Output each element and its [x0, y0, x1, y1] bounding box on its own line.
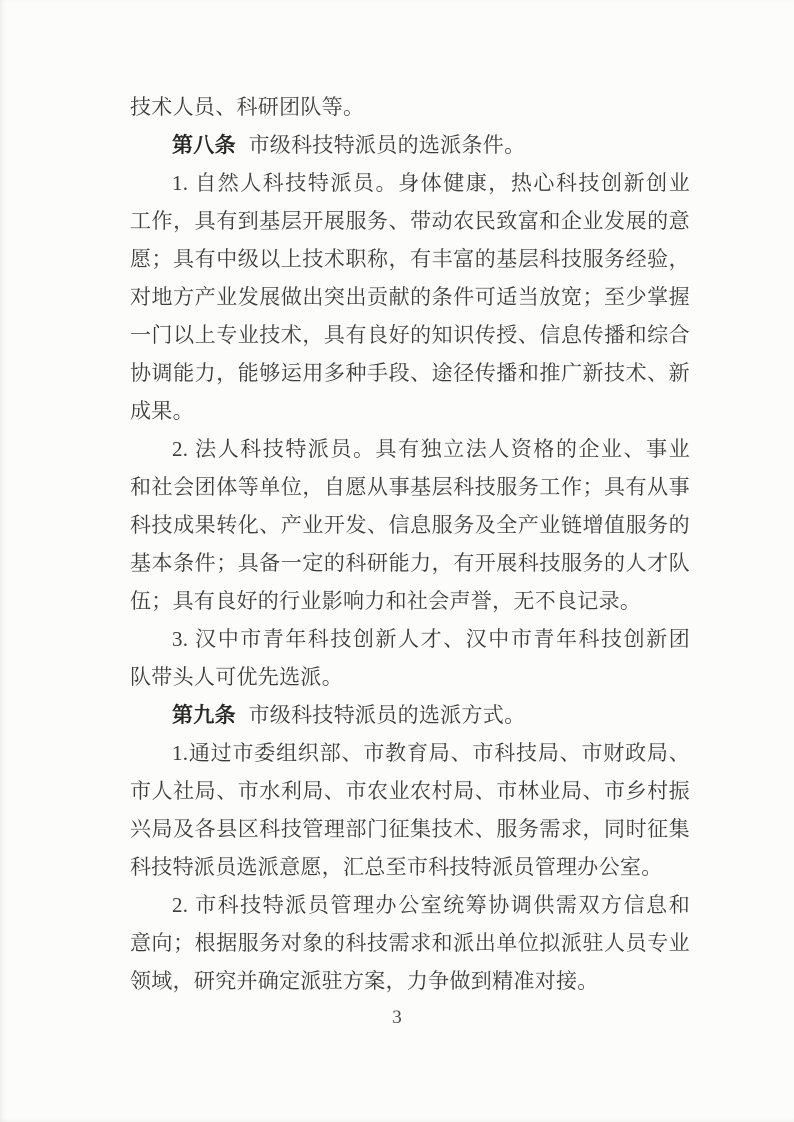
text-line: 成果。	[130, 392, 690, 430]
text-line: 领域，研究并确定派驻方案，力争做到精准对接。	[130, 962, 690, 1000]
text-line-article-8: 第八条市级科技特派员的选派条件。	[130, 126, 690, 164]
text-line: 伍；具有良好的行业影响力和社会声誉，无不良记录。	[130, 582, 690, 620]
text-line: 2. 市科技特派员管理办公室统筹协调供需双方信息和	[130, 886, 690, 924]
text-line: 一门以上专业技术，具有良好的知识传授、信息传播和综合	[130, 316, 690, 354]
text-line: 2. 法人科技特派员。具有独立法人资格的企业、事业	[130, 430, 690, 468]
article-number: 第八条	[172, 133, 236, 157]
text-line: 3. 汉中市青年科技创新人才、汉中市青年科技创新团	[130, 620, 690, 658]
text-line: 意向；根据服务对象的科技需求和派出单位拟派驻人员专业	[130, 924, 690, 962]
article-title: 市级科技特派员的选派方式。	[249, 703, 526, 727]
article-number: 第九条	[172, 703, 236, 727]
text-line: 协调能力，能够运用多种手段、途径传播和推广新技术、新	[130, 354, 690, 392]
text-line: 兴局及各县区科技管理部门征集技术、服务需求，同时征集	[130, 810, 690, 848]
text-line: 技术人员、科研团队等。	[130, 88, 690, 126]
text-line: 1.通过市委组织部、市教育局、市科技局、市财政局、	[130, 734, 690, 772]
document-page: 技术人员、科研团队等。 第八条市级科技特派员的选派条件。 1. 自然人科技特派员…	[0, 0, 794, 1122]
article-title: 市级科技特派员的选派条件。	[249, 133, 526, 157]
text-line: 基本条件；具备一定的科研能力，有开展科技服务的人才队	[130, 544, 690, 582]
text-line: 和社会团体等单位，自愿从事基层科技服务工作；具有从事	[130, 468, 690, 506]
text-line: 科技成果转化、产业开发、信息服务及全产业链增值服务的	[130, 506, 690, 544]
text-line: 对地方产业发展做出突出贡献的条件可适当放宽；至少掌握	[130, 278, 690, 316]
text-line: 科技特派员选派意愿，汇总至市科技特派员管理办公室。	[130, 848, 690, 886]
text-line: 愿；具有中级以上技术职称，有丰富的基层科技服务经验，	[130, 240, 690, 278]
page-number: 3	[0, 1002, 794, 1034]
text-line-article-9: 第九条市级科技特派员的选派方式。	[130, 696, 690, 734]
text-line: 市人社局、市水利局、市农业农村局、市林业局、市乡村振	[130, 772, 690, 810]
text-line: 工作，具有到基层开展服务、带动农民致富和企业发展的意	[130, 202, 690, 240]
text-line: 队带头人可优先选派。	[130, 658, 690, 696]
text-line: 1. 自然人科技特派员。身体健康，热心科技创新创业	[130, 164, 690, 202]
